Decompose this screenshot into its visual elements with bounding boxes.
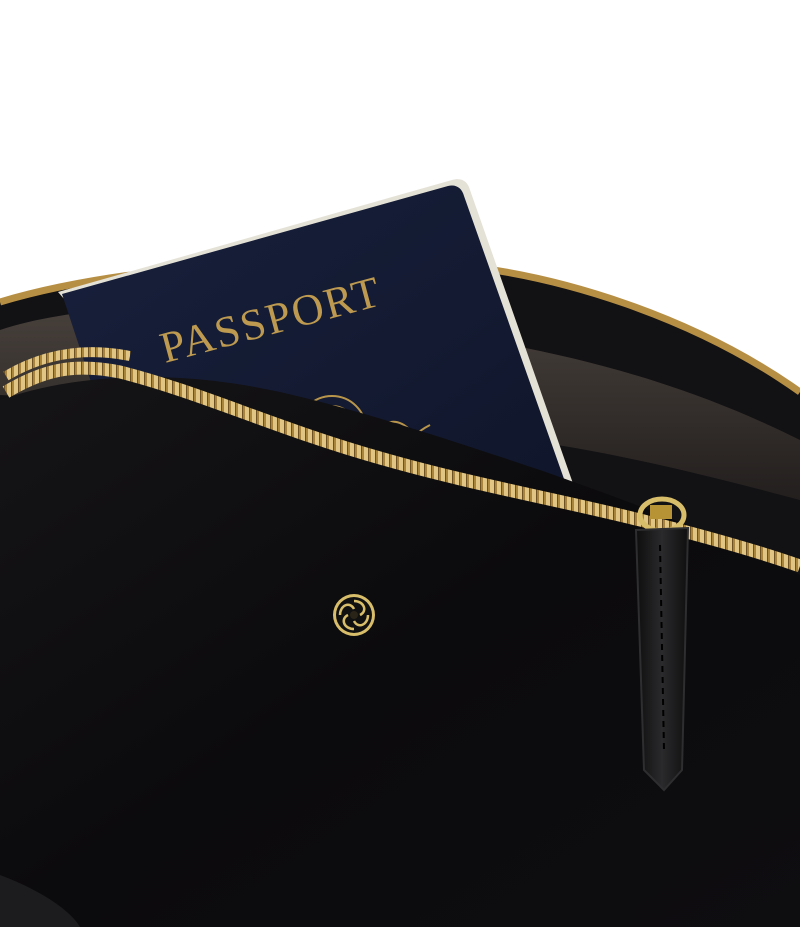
product-photo: PASSPORT: [0, 0, 800, 927]
zipper-pull[interactable]: [636, 499, 688, 790]
flower-logo-icon: [333, 594, 375, 636]
bag-illustration: PASSPORT: [0, 0, 800, 927]
